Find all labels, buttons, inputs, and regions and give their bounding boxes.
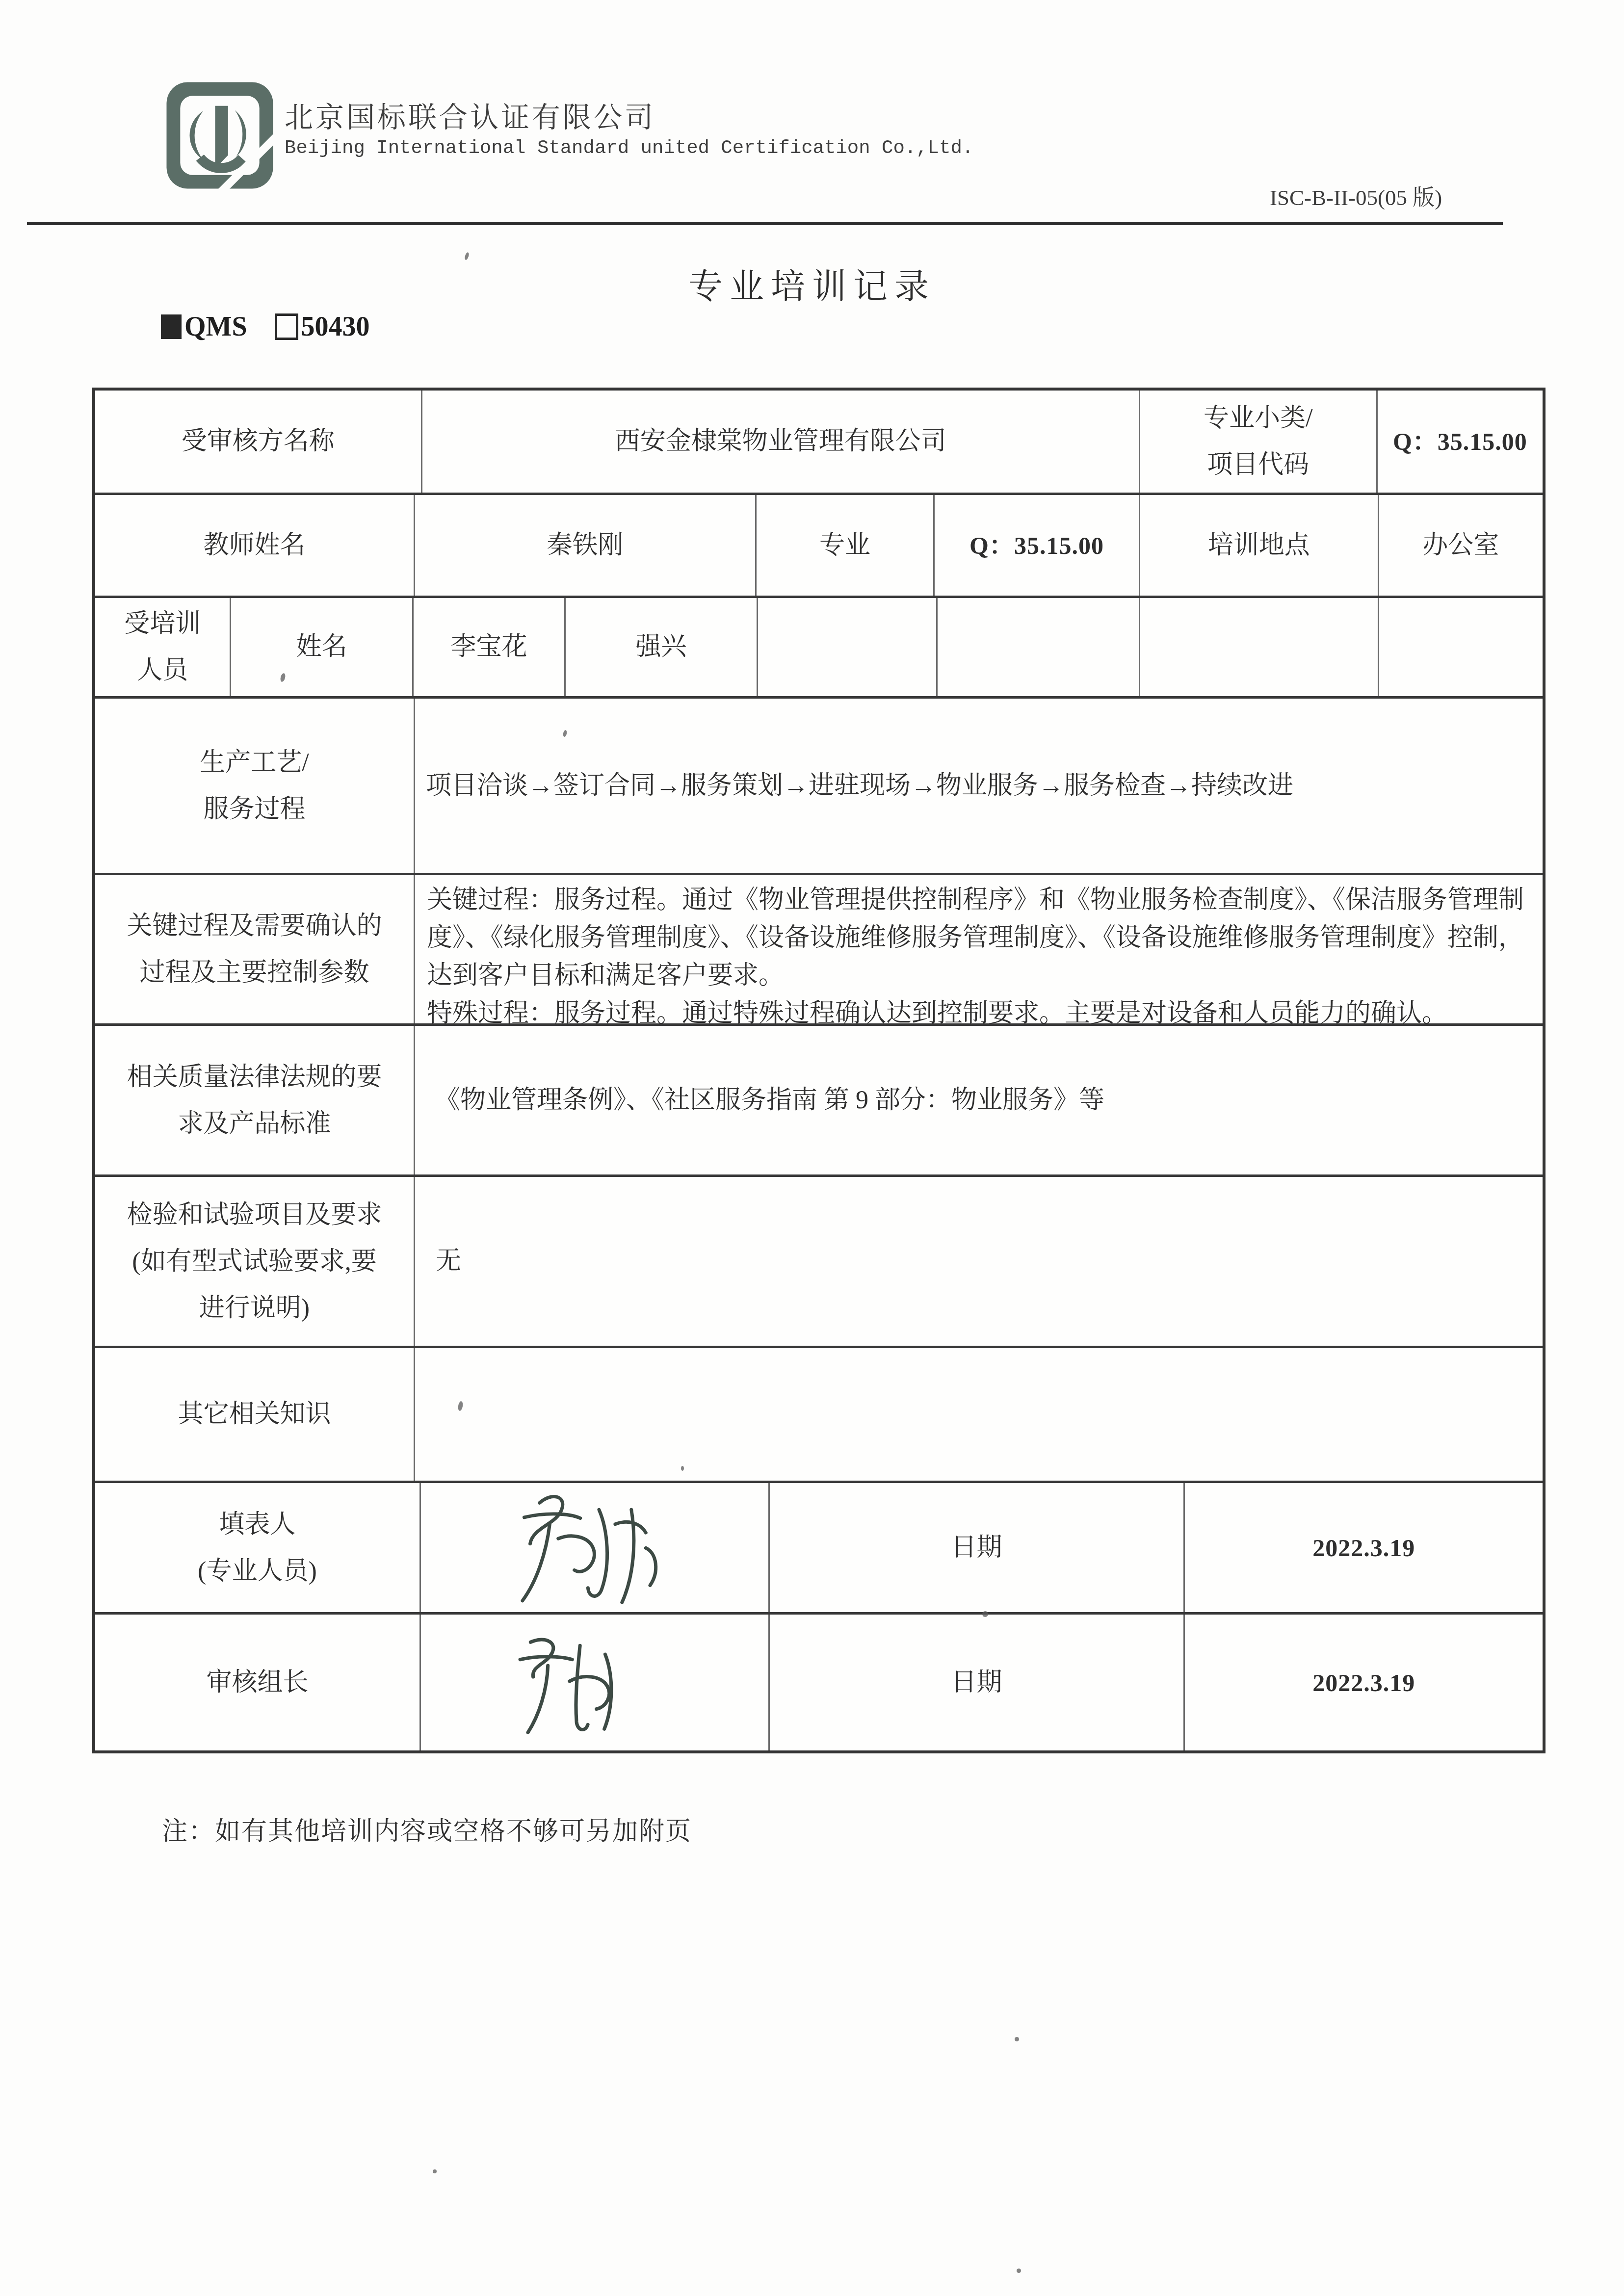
table-row-audited-org: 受审核方名称 西安金棣棠物业管理有限公司 专业小类/项目代码 Q：35.15.0…	[95, 391, 1543, 493]
form-filler-label: 填表人(专业人员)	[95, 1483, 419, 1612]
company-name-cn: 北京国标联合认证有限公司	[285, 94, 655, 135]
table-row-trainees: 受培训人员 姓名 李宝花 强兴	[95, 596, 1543, 696]
scan-speck	[433, 2169, 437, 2173]
trainees-group-label: 受培训人员	[95, 598, 230, 696]
leader-date-label: 日期	[768, 1615, 1184, 1750]
filler-signature-handwriting-icon	[465, 1485, 701, 1613]
other-knowledge-label: 其它相关知识	[95, 1348, 414, 1481]
table-row-inspection: 检验和试验项目及要求(如有型式试验要求,要进行说明) 无	[95, 1174, 1543, 1346]
table-row-process: 生产工艺/服务过程 项目洽谈→签订合同→服务策划→进驻现场→物业服务→服务检查→…	[95, 696, 1543, 873]
footer-note: 注：如有其他培训内容或空格不够可另加附页	[162, 1810, 692, 1847]
major-label: 专业	[755, 495, 933, 596]
training-record-table: 受审核方名称 西安金棣棠物业管理有限公司 专业小类/项目代码 Q：35.15.0…	[92, 388, 1545, 1753]
scan-speck	[1017, 2269, 1021, 2273]
project-code-label: 专业小类/项目代码	[1139, 391, 1376, 493]
certification-logo-icon	[164, 81, 275, 189]
qms-label: QMS	[184, 311, 247, 342]
scheme-checkboxes: QMS 50430	[161, 311, 370, 342]
inspection-value: 无	[414, 1177, 1543, 1346]
scan-speck	[681, 1466, 684, 1471]
doc-code: ISC-B-II-05(05 版)	[1270, 180, 1442, 211]
table-row-audit-leader: 审核组长 日期 2022.3.19	[95, 1612, 1543, 1750]
major-value: Q：35.15.00	[933, 495, 1139, 596]
table-row-form-filler: 填表人(专业人员) 日期 2022.3.19	[95, 1481, 1543, 1612]
teacher-value: 秦铁刚	[414, 495, 755, 596]
regulations-label: 相关质量法律法规的要求及产品标准	[95, 1026, 414, 1174]
form-filler-signature	[419, 1483, 768, 1612]
audit-leader-signature	[419, 1615, 768, 1750]
scan-speck	[1015, 2037, 1019, 2041]
page-title: 专业培训记录	[0, 259, 1624, 309]
leader-date-value: 2022.3.19	[1183, 1615, 1543, 1750]
filler-date-value: 2022.3.19	[1183, 1483, 1543, 1612]
trainee-empty-2	[936, 598, 1139, 696]
audit-leader-label: 审核组长	[95, 1615, 419, 1750]
other-knowledge-value	[414, 1348, 1543, 1481]
50430-label: 50430	[301, 311, 370, 342]
table-row-teacher: 教师姓名 秦铁刚 专业 Q：35.15.00 培训地点 办公室	[95, 493, 1543, 596]
scan-speck	[982, 1611, 988, 1617]
company-name-en: Beijing International Standard united Ce…	[285, 137, 973, 159]
teacher-label: 教师姓名	[95, 495, 414, 596]
project-code-value: Q：35.15.00	[1376, 391, 1543, 493]
audited-org-label: 受审核方名称	[95, 391, 421, 493]
process-flow-value: 项目洽谈→签订合同→服务策划→进驻现场→物业服务→服务检查→持续改进	[414, 699, 1543, 873]
trainee-name-label: 姓名	[230, 598, 412, 696]
leader-signature-handwriting-icon	[480, 1628, 666, 1741]
50430-checkbox-unchecked-icon	[275, 313, 298, 340]
training-place-label: 培训地点	[1139, 495, 1378, 596]
training-place-value: 办公室	[1378, 495, 1543, 596]
header-divider	[27, 222, 1503, 225]
qms-checkbox-checked-icon	[161, 314, 182, 339]
table-row-other-knowledge: 其它相关知识	[95, 1346, 1543, 1481]
table-row-key-process: 关键过程及需要确认的过程及主要控制参数 关键过程：服务过程。通过《物业管理提供控…	[95, 873, 1543, 1023]
key-process-label: 关键过程及需要确认的过程及主要控制参数	[95, 875, 414, 1023]
trainee-empty-3	[1139, 598, 1378, 696]
trainee-2: 强兴	[564, 598, 757, 696]
key-process-value: 关键过程：服务过程。通过《物业管理提供控制程序》和《物业服务检查制度》、《保洁服…	[414, 875, 1543, 1023]
filler-date-label: 日期	[768, 1483, 1184, 1612]
table-row-regulations: 相关质量法律法规的要求及产品标准 《物业管理条例》、《社区服务指南 第 9 部分…	[95, 1023, 1543, 1174]
trainee-1: 李宝花	[412, 598, 564, 696]
regulations-value: 《物业管理条例》、《社区服务指南 第 9 部分：物业服务》等	[414, 1026, 1543, 1174]
inspection-label: 检验和试验项目及要求(如有型式试验要求,要进行说明)	[95, 1177, 414, 1346]
trainee-empty-1	[757, 598, 936, 696]
training-record-page: 北京国标联合认证有限公司 Beijing International Stand…	[0, 0, 1624, 2296]
trainee-empty-4	[1378, 598, 1543, 696]
audited-org-value: 西安金棣棠物业管理有限公司	[421, 391, 1139, 493]
key-process-paragraph-1: 关键过程：服务过程。通过《物业管理提供控制程序》和《物业服务检查制度》、《保洁服…	[427, 881, 1530, 994]
process-label: 生产工艺/服务过程	[95, 699, 414, 873]
